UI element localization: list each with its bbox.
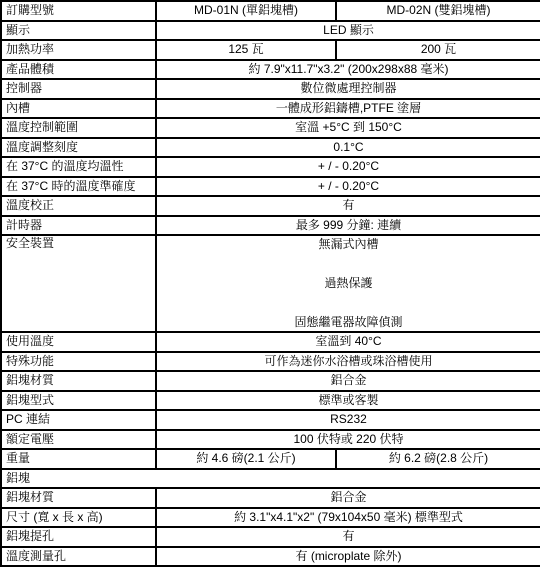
table-row: 重量 約 4.6 磅(2.1 公斤) 約 6.2 磅(2.8 公斤)	[1, 449, 540, 469]
table-row: 在 37°C 時的溫度準確度 + / - 0.20°C	[1, 177, 540, 197]
spec-value: 一體成形鋁鑄槽,PTFE 塗層	[156, 99, 540, 119]
spec-row-label: 鋁塊型式	[1, 391, 156, 411]
spec-row-label: 溫度調整刻度	[1, 138, 156, 158]
spec-value: 約 3.1"x4.1"x2" (79x104x50 毫米) 標準型式	[156, 508, 540, 528]
spec-table: 訂購型號 MD-01N (單鋁塊槽) MD-02N (雙鋁塊槽) 顯示 LED …	[0, 0, 540, 567]
spec-value: 鋁合金	[156, 371, 540, 391]
spec-value: 室溫 +5°C 到 150°C	[156, 118, 540, 138]
spec-row-label: 安全裝置	[1, 235, 156, 332]
spec-value: 100 伏特或 220 伏特	[156, 430, 540, 450]
spec-value: 約 7.9"x11.7"x3.2" (200x298x88 毫米)	[156, 60, 540, 80]
table-row: 鋁塊型式 標準或客製	[1, 391, 540, 411]
table-row: 控制器 數位微處理控制器	[1, 79, 540, 99]
spec-value-md02n: 200 瓦	[336, 40, 540, 60]
spec-row-label: 計時器	[1, 216, 156, 236]
spec-row-label: PC 連結	[1, 410, 156, 430]
spec-row-label: 額定電壓	[1, 430, 156, 450]
spec-row-label: 尺寸 (寬 x 長 x 高)	[1, 508, 156, 528]
table-section-row: 鋁塊	[1, 469, 540, 489]
table-row: 加熱功率 125 瓦 200 瓦	[1, 40, 540, 60]
spec-row-label: 溫度校正	[1, 196, 156, 216]
spec-row-label: 在 37°C 的溫度均溫性	[1, 157, 156, 177]
spec-value: 可作為迷你水浴槽或珠浴槽使用	[156, 352, 540, 372]
spec-value: 有 (microplate 除外)	[156, 547, 540, 567]
table-row: 顯示 LED 顯示	[1, 21, 540, 41]
safety-feature: 固態繼電器故障偵測	[161, 315, 536, 330]
table-row: 特殊功能 可作為迷你水浴槽或珠浴槽使用	[1, 352, 540, 372]
table-row: 溫度控制範圍 室溫 +5°C 到 150°C	[1, 118, 540, 138]
spec-value-md02n: MD-02N (雙鋁塊槽)	[336, 1, 540, 21]
spec-row-label: 控制器	[1, 79, 156, 99]
spec-row-label: 產品體積	[1, 60, 156, 80]
spec-value: 有	[156, 196, 540, 216]
spec-row-label: 使用溫度	[1, 332, 156, 352]
spec-value: 室溫到 40°C	[156, 332, 540, 352]
spec-row-label: 溫度控制範圍	[1, 118, 156, 138]
spec-row-label: 在 37°C 時的溫度準確度	[1, 177, 156, 197]
spec-row-label: 特殊功能	[1, 352, 156, 372]
table-row: 在 37°C 的溫度均溫性 + / - 0.20°C	[1, 157, 540, 177]
table-row-safety: 安全裝置 無漏式內槽 過熱保護 固態繼電器故障偵測	[1, 235, 540, 332]
spec-value-md01n: MD-01N (單鋁塊槽)	[156, 1, 336, 21]
spec-row-label: 內槽	[1, 99, 156, 119]
spec-value-md02n: 約 6.2 磅(2.8 公斤)	[336, 449, 540, 469]
safety-feature: 無漏式內槽	[161, 237, 536, 252]
table-row: 訂購型號 MD-01N (單鋁塊槽) MD-02N (雙鋁塊槽)	[1, 1, 540, 21]
spec-value: 最多 999 分鐘: 連續	[156, 216, 540, 236]
table-row: 鋁塊材質 鋁合金	[1, 488, 540, 508]
spec-sheet-page: 訂購型號 MD-01N (單鋁塊槽) MD-02N (雙鋁塊槽) 顯示 LED …	[0, 0, 540, 569]
spec-value: RS232	[156, 410, 540, 430]
spec-value-md01n: 125 瓦	[156, 40, 336, 60]
table-row: 額定電壓 100 伏特或 220 伏特	[1, 430, 540, 450]
section-header: 鋁塊	[1, 469, 540, 489]
table-row: 溫度調整刻度 0.1°C	[1, 138, 540, 158]
spec-row-label: 訂購型號	[1, 1, 156, 21]
spec-value: + / - 0.20°C	[156, 177, 540, 197]
table-row: 鋁塊提孔 有	[1, 527, 540, 547]
spec-row-label: 重量	[1, 449, 156, 469]
spec-value: + / - 0.20°C	[156, 157, 540, 177]
spec-value: 0.1°C	[156, 138, 540, 158]
spec-value: LED 顯示	[156, 21, 540, 41]
table-row: 溫度校正 有	[1, 196, 540, 216]
spec-row-label: 顯示	[1, 21, 156, 41]
table-row: 使用溫度 室溫到 40°C	[1, 332, 540, 352]
safety-feature: 過熱保護	[161, 276, 536, 291]
spec-row-label: 溫度測量孔	[1, 547, 156, 567]
safety-features-list: 無漏式內槽 過熱保護 固態繼電器故障偵測	[161, 236, 536, 331]
table-row: 溫度測量孔 有 (microplate 除外)	[1, 547, 540, 567]
spec-row-label: 鋁塊材質	[1, 488, 156, 508]
spec-row-label: 鋁塊提孔	[1, 527, 156, 547]
spec-value: 有	[156, 527, 540, 547]
spec-value-md01n: 約 4.6 磅(2.1 公斤)	[156, 449, 336, 469]
spec-row-label: 鋁塊材質	[1, 371, 156, 391]
spec-value: 鋁合金	[156, 488, 540, 508]
spec-value-safety: 無漏式內槽 過熱保護 固態繼電器故障偵測	[156, 235, 540, 332]
table-row: 產品體積 約 7.9"x11.7"x3.2" (200x298x88 毫米)	[1, 60, 540, 80]
spec-value: 數位微處理控制器	[156, 79, 540, 99]
table-row: 鋁塊材質 鋁合金	[1, 371, 540, 391]
spec-value: 標準或客製	[156, 391, 540, 411]
table-row: 計時器 最多 999 分鐘: 連續	[1, 216, 540, 236]
table-row: 尺寸 (寬 x 長 x 高) 約 3.1"x4.1"x2" (79x104x50…	[1, 508, 540, 528]
table-row: 內槽 一體成形鋁鑄槽,PTFE 塗層	[1, 99, 540, 119]
spec-row-label: 加熱功率	[1, 40, 156, 60]
table-row: PC 連結 RS232	[1, 410, 540, 430]
